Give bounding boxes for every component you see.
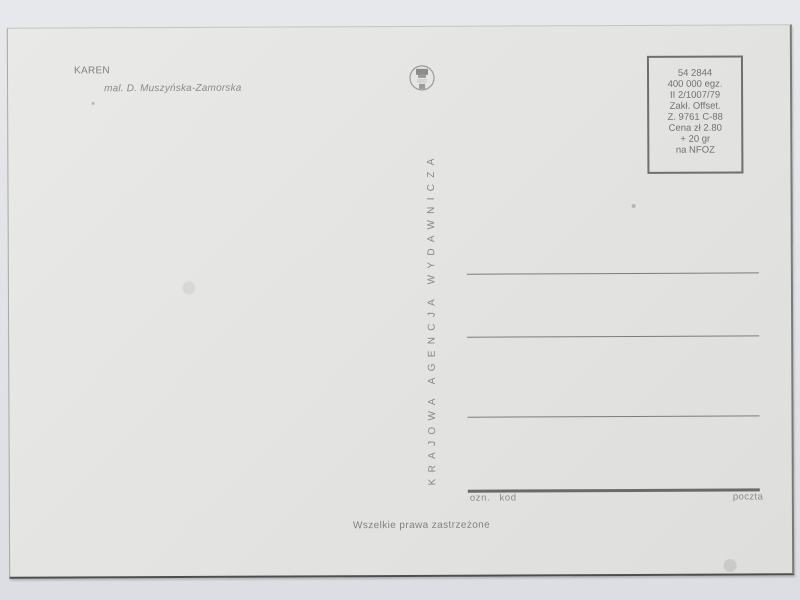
publisher-name-text: KRAJOWA AGENCJA WYDAWNICZA (426, 152, 438, 485)
author-credit: mal. D. Muszyńska-Zamorska (104, 83, 241, 95)
print-info-line: Cena zł 2.80 (649, 123, 741, 134)
print-info-line: 54 2844 (649, 68, 741, 79)
print-info-line: II 2/1007/79 (649, 90, 741, 101)
address-line-2 (467, 335, 759, 337)
print-info-line: na NFOZ (649, 145, 741, 156)
postal-code-label: ozn. kod (470, 492, 517, 503)
rights-notice: Wszelkie prawa zastrzeżone (353, 520, 490, 532)
address-line-3 (468, 415, 760, 417)
postcard-title: KAREN (74, 65, 110, 76)
publisher-name-vertical: KRAJOWA AGENCJA WYDAWNICZA (423, 109, 441, 529)
print-info-line: + 20 gr (649, 134, 741, 145)
print-info-line: Zakł. Offset. (649, 101, 741, 112)
address-line-1 (467, 272, 759, 274)
print-info-line: Z. 9761 C-88 (649, 112, 741, 123)
post-office-label: poczta (733, 491, 763, 502)
publisher-logo-icon (407, 63, 437, 93)
postcard-back: KAREN mal. D. Muszyńska-Zamorska KRAJOWA… (7, 24, 794, 578)
print-info-line: 400 000 egz. (649, 79, 741, 90)
stamp-print-info-box: 54 2844 400 000 egz. II 2/1007/79 Zakł. … (647, 56, 744, 174)
